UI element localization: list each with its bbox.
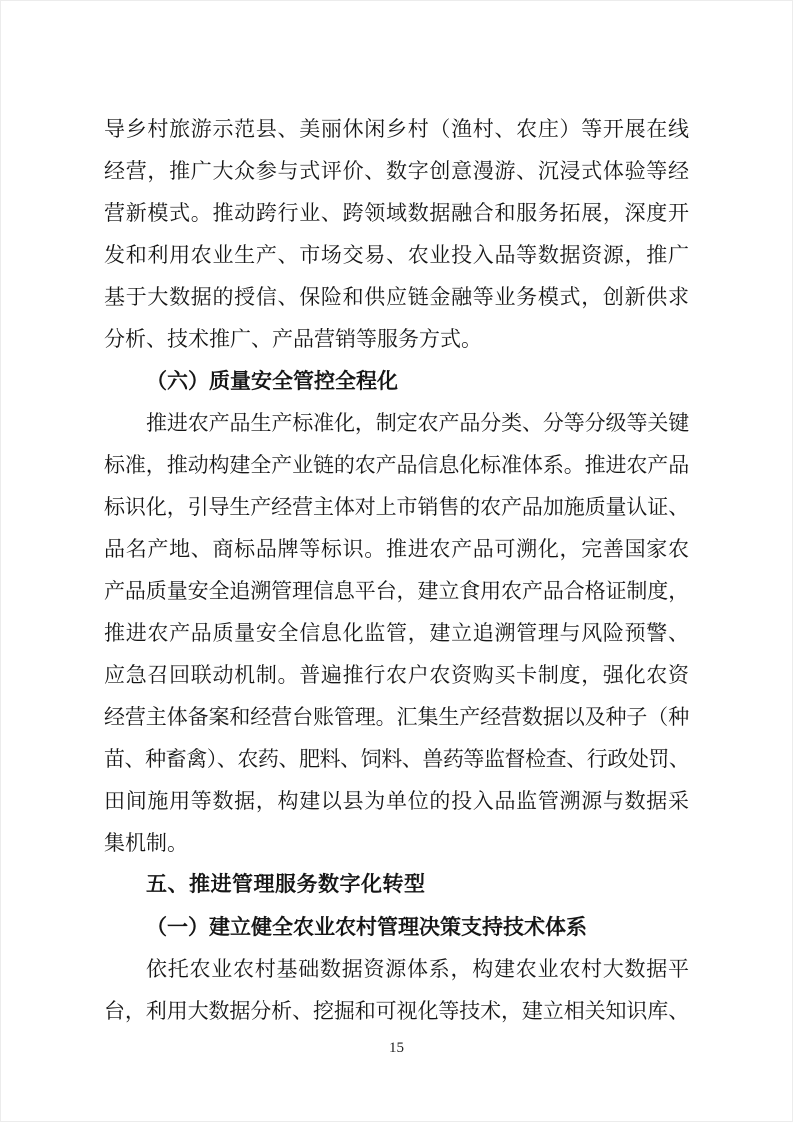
text-line: 品名产地、商标品牌等标识。推进农产品可溯化，完善国家农 — [104, 528, 689, 570]
text-line: 苗、种畜禽）、农药、肥料、饲料、兽药等监督检查、行政处罚、 — [104, 738, 689, 780]
text-line: 经营，推广大众参与式评价、数字创意漫游、沉浸式体验等经 — [104, 150, 689, 192]
text-line: 集机制。 — [104, 822, 689, 864]
text-line: 基于大数据的授信、保险和供应链金融等业务模式，创新供求 — [104, 276, 689, 318]
text-line: 标识化，引导生产经营主体对上市销售的农产品加施质量认证、 — [104, 486, 689, 528]
text-line: 台，利用大数据分析、挖掘和可视化等技术，建立相关知识库、 — [104, 990, 689, 1032]
text-line: 推进农产品生产标准化，制定农产品分类、分等分级等关键 — [104, 402, 689, 444]
text-line: 标准，推动构建全产业链的农产品信息化标准体系。推进农产品 — [104, 444, 689, 486]
text-line: 经营主体备案和经营台账管理。汇集生产经营数据以及种子（种 — [104, 696, 689, 738]
page-number: 15 — [0, 1038, 793, 1058]
document-body: 导乡村旅游示范县、美丽休闲乡村（渔村、农庄）等开展在线经营，推广大众参与式评价、… — [104, 108, 689, 1032]
subsection-heading: （一）建立健全农业农村管理决策支持技术体系 — [104, 906, 689, 948]
text-line: 应急召回联动机制。普遍推行农户农资购买卡制度，强化农资 — [104, 654, 689, 696]
document-page: 导乡村旅游示范县、美丽休闲乡村（渔村、农庄）等开展在线经营，推广大众参与式评价、… — [0, 0, 793, 1122]
text-line: 依托农业农村基础数据资源体系，构建农业农村大数据平 — [104, 948, 689, 990]
section-heading: 五、推进管理服务数字化转型 — [104, 864, 689, 906]
text-line: 田间施用等数据，构建以县为单位的投入品监管溯源与数据采 — [104, 780, 689, 822]
text-line: 分析、技术推广、产品营销等服务方式。 — [104, 318, 689, 360]
text-line: 推进农产品质量安全信息化监管，建立追溯管理与风险预警、 — [104, 612, 689, 654]
text-line: 发和利用农业生产、市场交易、农业投入品等数据资源，推广 — [104, 234, 689, 276]
text-line: 营新模式。推动跨行业、跨领域数据融合和服务拓展，深度开 — [104, 192, 689, 234]
text-line: 产品质量安全追溯管理信息平台，建立食用农产品合格证制度， — [104, 570, 689, 612]
text-line: 导乡村旅游示范县、美丽休闲乡村（渔村、农庄）等开展在线 — [104, 108, 689, 150]
subsection-heading: （六）质量安全管控全程化 — [104, 360, 689, 402]
